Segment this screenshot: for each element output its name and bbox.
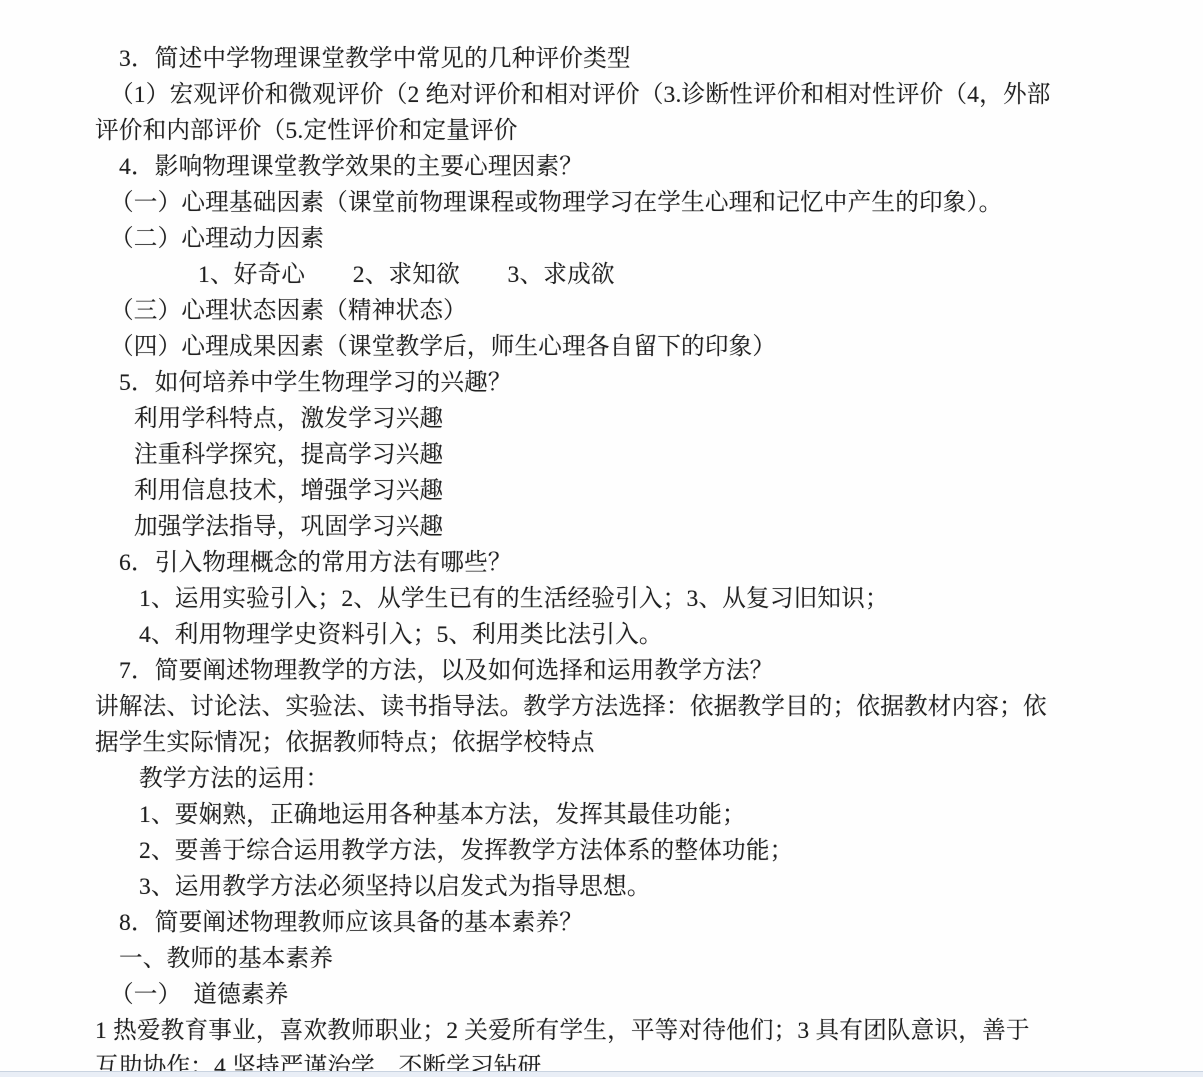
text-line: 2、要善于综合运用教学方法，发挥教学方法体系的整体功能； xyxy=(0,833,1203,869)
text-line: 4．影响物理课堂教学效果的主要心理因素？ xyxy=(0,149,1203,185)
text-line: 1、运用实验引入；2、从学生已有的生活经验引入；3、从复习旧知识； xyxy=(0,581,1203,617)
text-line: 利用信息技术，增强学习兴趣 xyxy=(0,473,1203,509)
text-line: 4、利用物理学史资料引入；5、利用类比法引入。 xyxy=(0,617,1203,653)
text-line: 3．简述中学物理课堂教学中常见的几种评价类型 xyxy=(0,41,1203,77)
text-line: 7．简要阐述物理教学的方法，以及如何选择和运用教学方法？ xyxy=(0,653,1203,689)
text-line: 讲解法、讨论法、实验法、读书指导法。教学方法选择：依据教学目的；依据教材内容；依 xyxy=(0,689,1203,725)
text-line: 利用学科特点，激发学习兴趣 xyxy=(0,401,1203,437)
text-line: 6．引入物理概念的常用方法有哪些？ xyxy=(0,545,1203,581)
document-page: 3．简述中学物理课堂教学中常见的几种评价类型（1）宏观评价和微观评价（2 绝对评… xyxy=(0,0,1203,1077)
text-line: （一） 道德素养 xyxy=(0,977,1203,1013)
text-line: （1）宏观评价和微观评价（2 绝对评价和相对评价（3.诊断性评价和相对性评价（4… xyxy=(0,77,1203,113)
text-line: （二）心理动力因素 xyxy=(0,221,1203,257)
text-line: 1、好奇心 2、求知欲 3、求成欲 xyxy=(0,257,1203,293)
text-line: 3、运用教学方法必须坚持以启发式为指导思想。 xyxy=(0,869,1203,905)
text-line: 1 热爱教育事业，喜欢教师职业；2 关爱所有学生，平等对待他们；3 具有团队意识… xyxy=(0,1013,1203,1049)
text-line: （一）心理基础因素（课堂前物理课程或物理学习在学生心理和记忆中产生的印象）。 xyxy=(0,185,1203,221)
text-line: 5．如何培养中学生物理学习的兴趣？ xyxy=(0,365,1203,401)
text-line: 1、要娴熟，正确地运用各种基本方法，发挥其最佳功能； xyxy=(0,797,1203,833)
text-line: 加强学法指导，巩固学习兴趣 xyxy=(0,509,1203,545)
text-line: 评价和内部评价（5.定性评价和定量评价 xyxy=(0,113,1203,149)
text-line: （四）心理成果因素（课堂教学后，师生心理各自留下的印象） xyxy=(0,329,1203,365)
text-line: （三）心理状态因素（精神状态） xyxy=(0,293,1203,329)
text-line: 注重科学探究，提高学习兴趣 xyxy=(0,437,1203,473)
text-line: 教学方法的运用： xyxy=(0,761,1203,797)
text-line: 据学生实际情况；依据教师特点；依据学校特点 xyxy=(0,725,1203,761)
horizontal-scrollbar[interactable] xyxy=(0,1071,1203,1077)
document-text-block: 3．简述中学物理课堂教学中常见的几种评价类型（1）宏观评价和微观评价（2 绝对评… xyxy=(0,41,1203,1077)
text-line: 8．简要阐述物理教师应该具备的基本素养？ xyxy=(0,905,1203,941)
text-line: 一、教师的基本素养 xyxy=(0,941,1203,977)
